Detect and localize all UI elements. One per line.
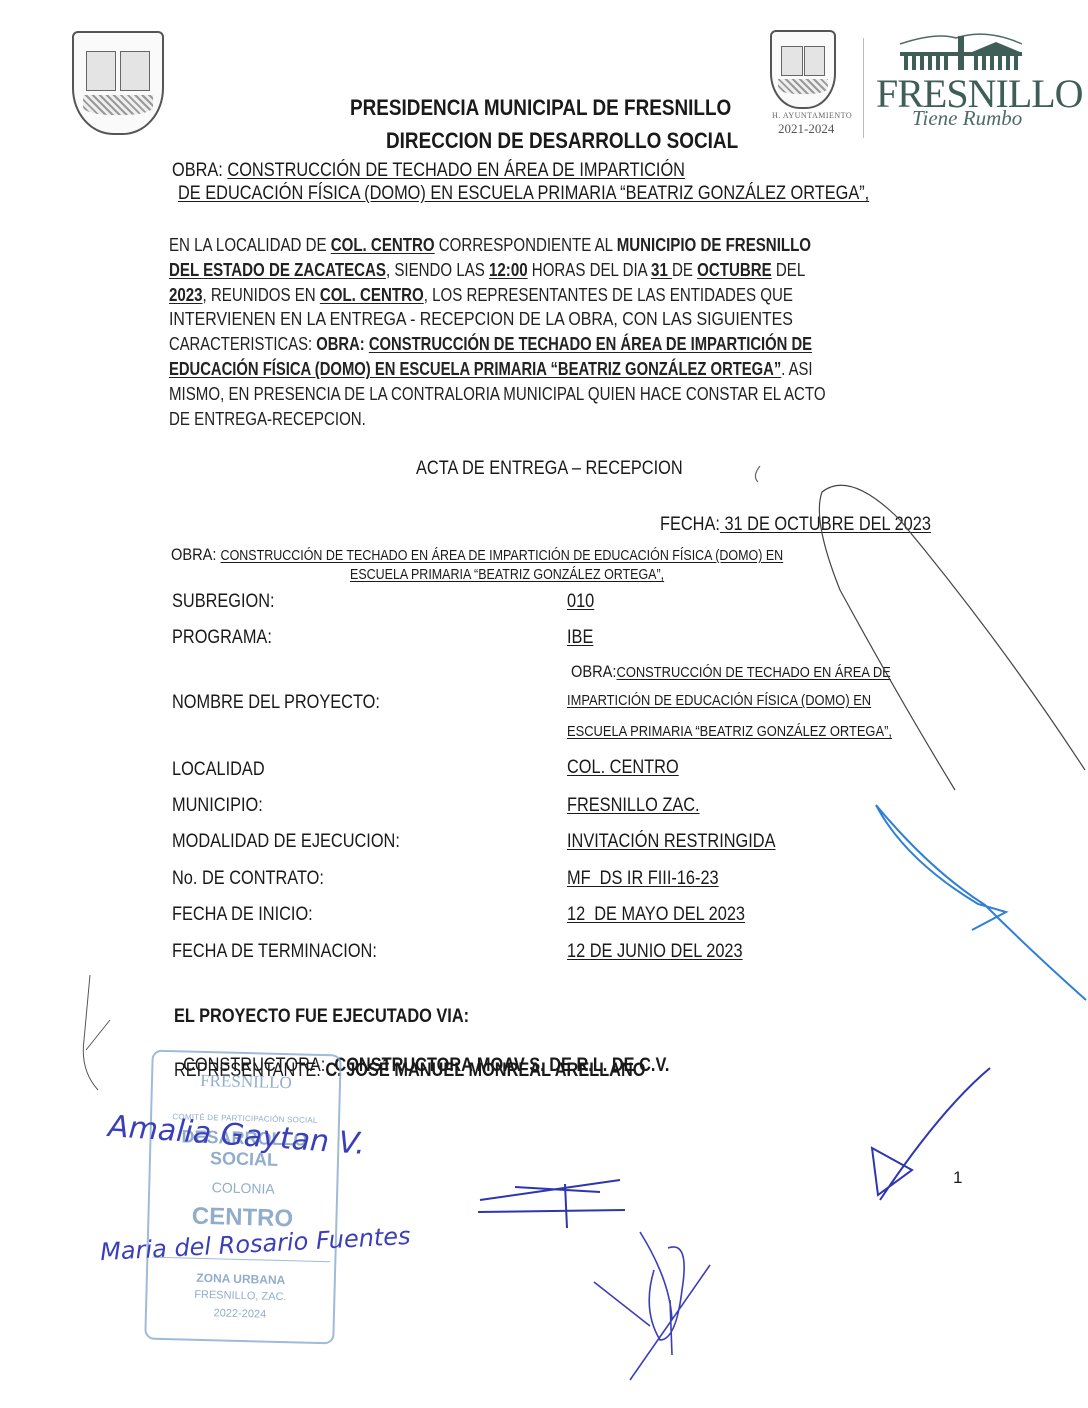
field-label-contrato: No. DE CONTRATO: [172,868,324,890]
field-label-localidad: LOCALIDAD [172,759,265,781]
field-value-subregion: 010 [567,591,594,613]
municipal-seal-left [72,31,164,135]
field-label-subregion: SUBREGION: [172,591,275,613]
page-subtitle: DIRECCION DE DESARROLLO SOCIAL [386,128,738,154]
obra-block-line2: ESCUELA PRIMARIA “BEATRIZ GONZÁLEZ ORTEG… [350,567,664,583]
logo-divider [863,38,864,138]
field-value-modalidad: INVITACIÓN RESTRINGIDA [567,831,776,853]
field-value-municipio: FRESNILLO ZAC. [567,795,700,817]
field-label-fecha-terminacion: FECHA DE TERMINACION: [172,941,377,963]
execution-heading: EL PROYECTO FUE EJECUTADO VIA: [174,1006,469,1028]
field-value-nombre-proyecto-line1: OBRA:CONSTRUCCIÓN DE TECHADO EN ÁREA DE [571,662,891,682]
field-label-modalidad: MODALIDAD DE EJECUCION: [172,831,400,853]
header-obra-line2: DE EDUCACIÓN FÍSICA (DOMO) EN ESCUELA PR… [178,183,869,205]
field-label-fecha-inicio: FECHA DE INICIO: [172,904,313,926]
acta-title: ACTA DE ENTREGA – RECEPCION [416,458,683,480]
field-value-programa: IBE [567,627,593,649]
page-number: 1 [953,1168,962,1188]
field-value-fecha-inicio: 12 DE MAYO DEL 2023 [567,904,745,926]
field-label-nombre-proyecto: NOMBRE DEL PROYECTO: [172,692,380,714]
obra-block-line1: OBRA: CONSTRUCCIÓN DE TECHADO EN ÁREA DE… [171,545,783,565]
page-title: PRESIDENCIA MUNICIPAL DE FRESNILLO [350,95,731,121]
intro-paragraph: EN LA LOCALIDAD DE COL. CENTRO CORRESPON… [169,233,952,431]
field-value-contrato: MF DS IR FIII-16-23 [567,868,719,890]
header-obra-line1: OBRA: CONSTRUCCIÓN DE TECHADO EN ÁREA DE… [172,160,685,182]
field-value-nombre-proyecto-line3: ESCUELA PRIMARIA “BEATRIZ GONZÁLEZ ORTEG… [567,723,892,740]
field-value-fecha-terminacion: 12 DE JUNIO DEL 2023 [567,941,743,963]
field-value-localidad: COL. CENTRO [567,757,679,779]
field-label-programa: PROGRAMA: [172,627,272,649]
fresnillo-logo-tagline: Tiene Rumbo [912,106,1022,131]
comite-stamp: FRESNILLO COMITÉ DE PARTICIPACIÓN SOCIAL… [144,1050,342,1345]
municipal-seal-right [770,30,836,109]
ayuntamiento-label: H. AYUNTAMIENTO [772,111,852,120]
ayuntamiento-years: 2021-2024 [778,121,834,137]
fecha-line: FECHA: 31 DE OCTUBRE DEL 2023 [660,514,931,536]
field-value-nombre-proyecto-line2: IMPARTICIÓN DE EDUCACIÓN FÍSICA (DOMO) E… [567,692,871,709]
fresnillo-skyline-icon [896,30,1026,72]
field-label-municipio: MUNICIPIO: [172,795,263,817]
